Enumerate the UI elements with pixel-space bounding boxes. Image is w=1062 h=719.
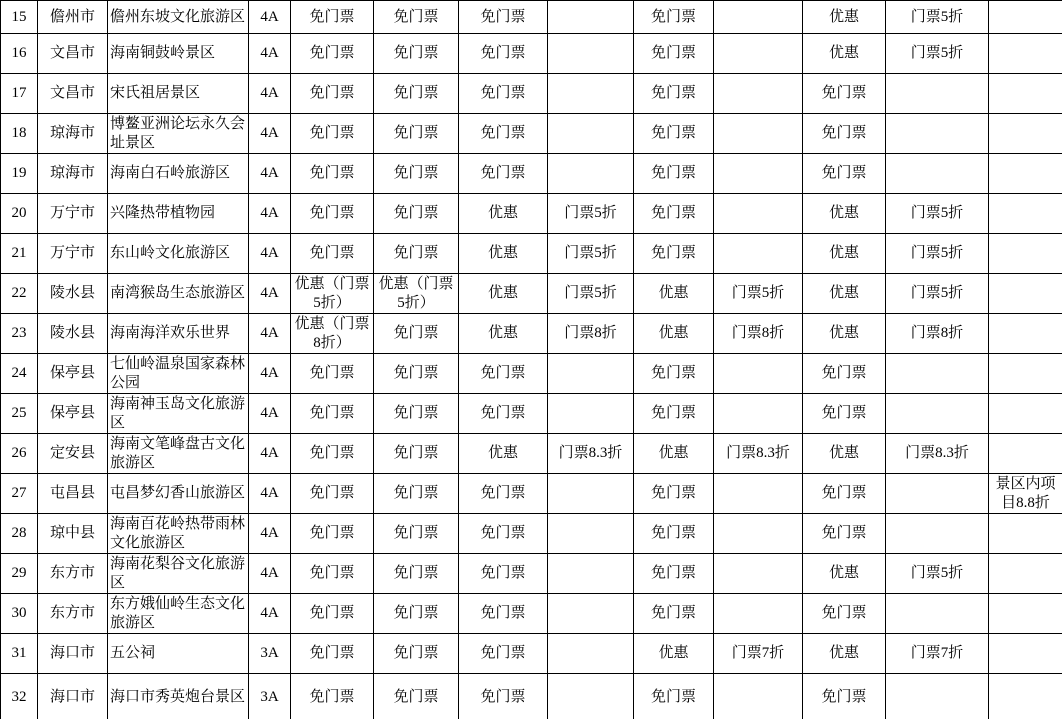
discount-cell: 免门票 — [634, 234, 714, 274]
city-cell: 定安县 — [38, 434, 108, 474]
discount-cell: 免门票 — [291, 474, 374, 514]
row-number-cell: 20 — [1, 194, 38, 234]
grade-cell: 4A — [249, 114, 291, 154]
discount-cell: 免门票 — [459, 634, 548, 674]
discount-cell: 门票7折 — [886, 634, 989, 674]
discount-cell: 免门票 — [374, 354, 459, 394]
discount-cell: 免门票 — [634, 74, 714, 114]
discount-cell: 免门票 — [291, 354, 374, 394]
discount-cell: 优惠 — [459, 194, 548, 234]
discount-cell: 优惠 — [803, 1, 886, 34]
discount-cell: 免门票 — [291, 74, 374, 114]
discount-cell — [886, 154, 989, 194]
discount-cell: 免门票 — [803, 674, 886, 719]
discount-cell: 免门票 — [374, 34, 459, 74]
table-row: 30东方市东方娥仙岭生态文化旅游区4A免门票免门票免门票免门票免门票 — [1, 594, 1062, 634]
discount-cell: 优惠 — [803, 234, 886, 274]
discount-cell: 门票5折 — [548, 274, 634, 314]
discount-cell: 免门票 — [803, 154, 886, 194]
discount-cell: 门票5折 — [886, 34, 989, 74]
row-number-cell: 28 — [1, 514, 38, 554]
city-cell: 文昌市 — [38, 74, 108, 114]
discount-cell: 门票5折 — [548, 234, 634, 274]
city-cell: 万宁市 — [38, 194, 108, 234]
table-row: 21万宁市东山岭文化旅游区4A免门票免门票优惠门票5折免门票优惠门票5折 — [1, 234, 1062, 274]
discount-cell: 优惠 — [803, 274, 886, 314]
grade-cell: 3A — [249, 634, 291, 674]
discount-cell — [989, 314, 1062, 354]
discount-cell — [548, 594, 634, 634]
discount-cell: 门票8.3折 — [886, 434, 989, 474]
attraction-name-cell: 南湾猴岛生态旅游区 — [108, 274, 249, 314]
discount-cell: 免门票 — [374, 474, 459, 514]
discount-cell: 优惠 — [459, 314, 548, 354]
row-number-cell: 23 — [1, 314, 38, 354]
table-row: 29东方市海南花梨谷文化旅游区4A免门票免门票免门票免门票优惠门票5折 — [1, 554, 1062, 594]
discount-cell — [989, 514, 1062, 554]
discount-cell: 免门票 — [374, 1, 459, 34]
discount-cell: 优惠 — [634, 274, 714, 314]
city-cell: 儋州市 — [38, 1, 108, 34]
discount-cell — [714, 194, 803, 234]
discount-cell: 免门票 — [374, 594, 459, 634]
discount-cell — [989, 154, 1062, 194]
discount-cell — [886, 514, 989, 554]
discount-table: 15儋州市儋州东坡文化旅游区4A免门票免门票免门票免门票优惠门票5折16文昌市海… — [0, 0, 1062, 719]
discount-cell: 免门票 — [459, 34, 548, 74]
city-cell: 陵水县 — [38, 274, 108, 314]
row-number-cell: 24 — [1, 354, 38, 394]
row-number-cell: 15 — [1, 1, 38, 34]
discount-cell: 优惠 — [634, 314, 714, 354]
discount-cell: 免门票 — [459, 514, 548, 554]
discount-cell — [989, 394, 1062, 434]
discount-cell: 免门票 — [803, 394, 886, 434]
city-cell: 海口市 — [38, 674, 108, 719]
discount-cell: 优惠 — [459, 274, 548, 314]
discount-cell — [989, 354, 1062, 394]
discount-cell: 免门票 — [634, 34, 714, 74]
discount-cell: 免门票 — [459, 554, 548, 594]
attraction-name-cell: 海南百花岭热带雨林文化旅游区 — [108, 514, 249, 554]
discount-cell — [714, 354, 803, 394]
table-row: 23陵水县海南海洋欢乐世界4A优惠（门票8折）免门票优惠门票8折优惠门票8折优惠… — [1, 314, 1062, 354]
discount-cell: 优惠（门票5折） — [291, 274, 374, 314]
attraction-name-cell: 兴隆热带植物园 — [108, 194, 249, 234]
discount-cell — [548, 554, 634, 594]
discount-cell: 门票8折 — [548, 314, 634, 354]
discount-cell: 免门票 — [634, 674, 714, 719]
row-number-cell: 18 — [1, 114, 38, 154]
city-cell: 东方市 — [38, 594, 108, 634]
discount-cell — [989, 234, 1062, 274]
discount-cell — [989, 74, 1062, 114]
city-cell: 琼中县 — [38, 514, 108, 554]
attraction-name-cell: 海南花梨谷文化旅游区 — [108, 554, 249, 594]
discount-cell — [886, 394, 989, 434]
grade-cell: 4A — [249, 434, 291, 474]
grade-cell: 4A — [249, 274, 291, 314]
attraction-name-cell: 宋氏祖居景区 — [108, 74, 249, 114]
grade-cell: 4A — [249, 554, 291, 594]
table-row: 15儋州市儋州东坡文化旅游区4A免门票免门票免门票免门票优惠门票5折 — [1, 1, 1062, 34]
city-cell: 东方市 — [38, 554, 108, 594]
discount-cell: 优惠 — [803, 434, 886, 474]
discount-cell: 优惠 — [803, 314, 886, 354]
attraction-name-cell: 儋州东坡文化旅游区 — [108, 1, 249, 34]
discount-cell — [548, 154, 634, 194]
discount-cell — [714, 394, 803, 434]
table-body: 15儋州市儋州东坡文化旅游区4A免门票免门票免门票免门票优惠门票5折16文昌市海… — [1, 1, 1062, 719]
attraction-name-cell: 海南铜鼓岭景区 — [108, 34, 249, 74]
discount-cell: 免门票 — [634, 514, 714, 554]
discount-cell: 免门票 — [374, 154, 459, 194]
discount-cell — [714, 154, 803, 194]
table-row: 26定安县海南文笔峰盘古文化旅游区4A免门票免门票优惠门票8.3折优惠门票8.3… — [1, 434, 1062, 474]
discount-cell: 门票8折 — [714, 314, 803, 354]
discount-cell: 门票8.3折 — [548, 434, 634, 474]
discount-cell: 免门票 — [291, 394, 374, 434]
discount-cell — [886, 354, 989, 394]
discount-cell: 免门票 — [374, 394, 459, 434]
discount-cell: 免门票 — [374, 514, 459, 554]
grade-cell: 4A — [249, 474, 291, 514]
discount-cell: 优惠 — [803, 194, 886, 234]
discount-cell: 免门票 — [374, 314, 459, 354]
discount-cell — [989, 674, 1062, 719]
discount-cell: 优惠 — [803, 34, 886, 74]
discount-cell: 门票8折 — [886, 314, 989, 354]
discount-cell: 免门票 — [291, 634, 374, 674]
discount-cell: 免门票 — [634, 354, 714, 394]
discount-cell — [989, 554, 1062, 594]
discount-cell: 免门票 — [374, 674, 459, 719]
discount-cell: 免门票 — [459, 394, 548, 434]
discount-cell — [714, 34, 803, 74]
discount-cell — [548, 34, 634, 74]
row-number-cell: 25 — [1, 394, 38, 434]
discount-cell: 优惠 — [803, 634, 886, 674]
discount-cell — [714, 114, 803, 154]
discount-cell — [714, 594, 803, 634]
discount-cell: 门票5折 — [886, 194, 989, 234]
grade-cell: 4A — [249, 394, 291, 434]
discount-cell: 免门票 — [374, 74, 459, 114]
discount-cell: 优惠（门票5折） — [374, 274, 459, 314]
city-cell: 海口市 — [38, 634, 108, 674]
grade-cell: 4A — [249, 594, 291, 634]
table-row: 28琼中县海南百花岭热带雨林文化旅游区4A免门票免门票免门票免门票免门票 — [1, 514, 1062, 554]
discount-cell — [548, 1, 634, 34]
discount-cell: 免门票 — [291, 674, 374, 719]
discount-cell: 免门票 — [803, 514, 886, 554]
discount-cell — [548, 674, 634, 719]
row-number-cell: 17 — [1, 74, 38, 114]
discount-cell — [989, 34, 1062, 74]
discount-cell: 门票7折 — [714, 634, 803, 674]
discount-cell: 免门票 — [374, 434, 459, 474]
discount-cell: 免门票 — [803, 74, 886, 114]
discount-cell — [714, 1, 803, 34]
row-number-cell: 19 — [1, 154, 38, 194]
discount-cell — [989, 634, 1062, 674]
grade-cell: 4A — [249, 354, 291, 394]
discount-cell: 门票5折 — [886, 1, 989, 34]
attraction-name-cell: 屯昌梦幻香山旅游区 — [108, 474, 249, 514]
row-number-cell: 32 — [1, 674, 38, 719]
discount-cell: 免门票 — [803, 354, 886, 394]
grade-cell: 4A — [249, 74, 291, 114]
discount-cell: 免门票 — [803, 114, 886, 154]
discount-cell — [548, 114, 634, 154]
table-row: 27屯昌县屯昌梦幻香山旅游区4A免门票免门票免门票免门票免门票景区内项目8.8折 — [1, 474, 1062, 514]
discount-cell — [886, 474, 989, 514]
row-number-cell: 27 — [1, 474, 38, 514]
discount-cell — [886, 74, 989, 114]
discount-cell: 免门票 — [291, 234, 374, 274]
discount-cell: 免门票 — [291, 1, 374, 34]
discount-cell: 免门票 — [634, 114, 714, 154]
grade-cell: 4A — [249, 34, 291, 74]
attraction-name-cell: 海南文笔峰盘古文化旅游区 — [108, 434, 249, 474]
discount-cell — [548, 74, 634, 114]
discount-cell: 免门票 — [374, 194, 459, 234]
discount-cell — [989, 194, 1062, 234]
discount-cell: 优惠 — [634, 434, 714, 474]
discount-cell — [714, 674, 803, 719]
city-cell: 万宁市 — [38, 234, 108, 274]
discount-cell: 免门票 — [291, 594, 374, 634]
discount-cell — [548, 394, 634, 434]
discount-cell — [886, 114, 989, 154]
discount-cell: 免门票 — [459, 474, 548, 514]
discount-cell: 优惠 — [803, 554, 886, 594]
discount-cell: 免门票 — [291, 194, 374, 234]
discount-cell: 免门票 — [459, 1, 548, 34]
row-number-cell: 26 — [1, 434, 38, 474]
discount-cell: 免门票 — [634, 154, 714, 194]
grade-cell: 4A — [249, 194, 291, 234]
discount-cell: 免门票 — [459, 674, 548, 719]
discount-cell — [989, 594, 1062, 634]
discount-cell: 免门票 — [291, 514, 374, 554]
discount-cell: 免门票 — [291, 34, 374, 74]
attraction-name-cell: 海南海洋欢乐世界 — [108, 314, 249, 354]
discount-cell: 优惠 — [459, 434, 548, 474]
attraction-name-cell: 博鳌亚洲论坛永久会址景区 — [108, 114, 249, 154]
row-number-cell: 31 — [1, 634, 38, 674]
discount-cell: 免门票 — [634, 474, 714, 514]
discount-cell: 景区内项目8.8折 — [989, 474, 1062, 514]
grade-cell: 4A — [249, 514, 291, 554]
discount-cell: 优惠（门票8折） — [291, 314, 374, 354]
discount-cell: 免门票 — [634, 554, 714, 594]
discount-cell — [548, 354, 634, 394]
table-row: 17文昌市宋氏祖居景区4A免门票免门票免门票免门票免门票 — [1, 74, 1062, 114]
discount-cell: 免门票 — [291, 434, 374, 474]
discount-cell — [714, 234, 803, 274]
discount-cell: 门票8.3折 — [714, 434, 803, 474]
discount-cell — [886, 594, 989, 634]
discount-cell: 免门票 — [459, 354, 548, 394]
discount-cell: 优惠 — [634, 634, 714, 674]
discount-cell: 免门票 — [803, 474, 886, 514]
discount-cell: 免门票 — [291, 554, 374, 594]
table-row: 19琼海市海南白石岭旅游区4A免门票免门票免门票免门票免门票 — [1, 154, 1062, 194]
discount-cell: 门票5折 — [548, 194, 634, 234]
city-cell: 保亭县 — [38, 394, 108, 434]
table-row: 22陵水县南湾猴岛生态旅游区4A优惠（门票5折）优惠（门票5折）优惠门票5折优惠… — [1, 274, 1062, 314]
grade-cell: 4A — [249, 234, 291, 274]
city-cell: 屯昌县 — [38, 474, 108, 514]
discount-cell — [989, 274, 1062, 314]
discount-cell: 免门票 — [291, 154, 374, 194]
attraction-name-cell: 七仙岭温泉国家森林公园 — [108, 354, 249, 394]
table-row: 20万宁市兴隆热带植物园4A免门票免门票优惠门票5折免门票优惠门票5折 — [1, 194, 1062, 234]
table-row: 18琼海市博鳌亚洲论坛永久会址景区4A免门票免门票免门票免门票免门票 — [1, 114, 1062, 154]
discount-cell: 免门票 — [459, 154, 548, 194]
attraction-name-cell: 东山岭文化旅游区 — [108, 234, 249, 274]
discount-cell — [989, 434, 1062, 474]
row-number-cell: 16 — [1, 34, 38, 74]
discount-cell — [548, 514, 634, 554]
discount-cell: 免门票 — [634, 194, 714, 234]
discount-cell: 免门票 — [634, 594, 714, 634]
discount-cell: 免门票 — [634, 394, 714, 434]
table-row: 24保亭县七仙岭温泉国家森林公园4A免门票免门票免门票免门票免门票 — [1, 354, 1062, 394]
discount-cell: 门票5折 — [886, 554, 989, 594]
discount-cell: 免门票 — [374, 114, 459, 154]
attraction-name-cell: 海口市秀英炮台景区 — [108, 674, 249, 719]
row-number-cell: 22 — [1, 274, 38, 314]
city-cell: 陵水县 — [38, 314, 108, 354]
table-row: 16文昌市海南铜鼓岭景区4A免门票免门票免门票免门票优惠门票5折 — [1, 34, 1062, 74]
city-cell: 保亭县 — [38, 354, 108, 394]
row-number-cell: 29 — [1, 554, 38, 594]
discount-cell — [989, 114, 1062, 154]
table-row: 31海口市五公祠3A免门票免门票免门票优惠门票7折优惠门票7折 — [1, 634, 1062, 674]
discount-cell — [714, 474, 803, 514]
document-page: 15儋州市儋州东坡文化旅游区4A免门票免门票免门票免门票优惠门票5折16文昌市海… — [0, 0, 1062, 719]
city-cell: 文昌市 — [38, 34, 108, 74]
discount-cell: 门票5折 — [886, 274, 989, 314]
discount-cell: 免门票 — [291, 114, 374, 154]
discount-cell: 优惠 — [459, 234, 548, 274]
attraction-name-cell: 海南白石岭旅游区 — [108, 154, 249, 194]
table-row: 25保亭县海南神玉岛文化旅游区4A免门票免门票免门票免门票免门票 — [1, 394, 1062, 434]
discount-cell — [714, 554, 803, 594]
grade-cell: 4A — [249, 1, 291, 34]
discount-cell — [714, 514, 803, 554]
discount-cell — [548, 474, 634, 514]
discount-cell: 免门票 — [374, 634, 459, 674]
discount-cell — [548, 634, 634, 674]
row-number-cell: 21 — [1, 234, 38, 274]
city-cell: 琼海市 — [38, 114, 108, 154]
grade-cell: 4A — [249, 314, 291, 354]
grade-cell: 3A — [249, 674, 291, 719]
discount-cell — [886, 674, 989, 719]
discount-cell: 门票5折 — [886, 234, 989, 274]
attraction-name-cell: 五公祠 — [108, 634, 249, 674]
discount-cell: 免门票 — [459, 114, 548, 154]
attraction-name-cell: 海南神玉岛文化旅游区 — [108, 394, 249, 434]
discount-cell — [714, 74, 803, 114]
discount-cell: 免门票 — [459, 74, 548, 114]
attraction-name-cell: 东方娥仙岭生态文化旅游区 — [108, 594, 249, 634]
table-row: 32海口市海口市秀英炮台景区3A免门票免门票免门票免门票免门票 — [1, 674, 1062, 719]
discount-cell: 门票5折 — [714, 274, 803, 314]
grade-cell: 4A — [249, 154, 291, 194]
discount-cell: 免门票 — [459, 594, 548, 634]
discount-cell: 免门票 — [634, 1, 714, 34]
discount-cell: 免门票 — [374, 554, 459, 594]
discount-cell: 免门票 — [803, 594, 886, 634]
discount-cell — [989, 1, 1062, 34]
discount-cell: 免门票 — [374, 234, 459, 274]
city-cell: 琼海市 — [38, 154, 108, 194]
row-number-cell: 30 — [1, 594, 38, 634]
